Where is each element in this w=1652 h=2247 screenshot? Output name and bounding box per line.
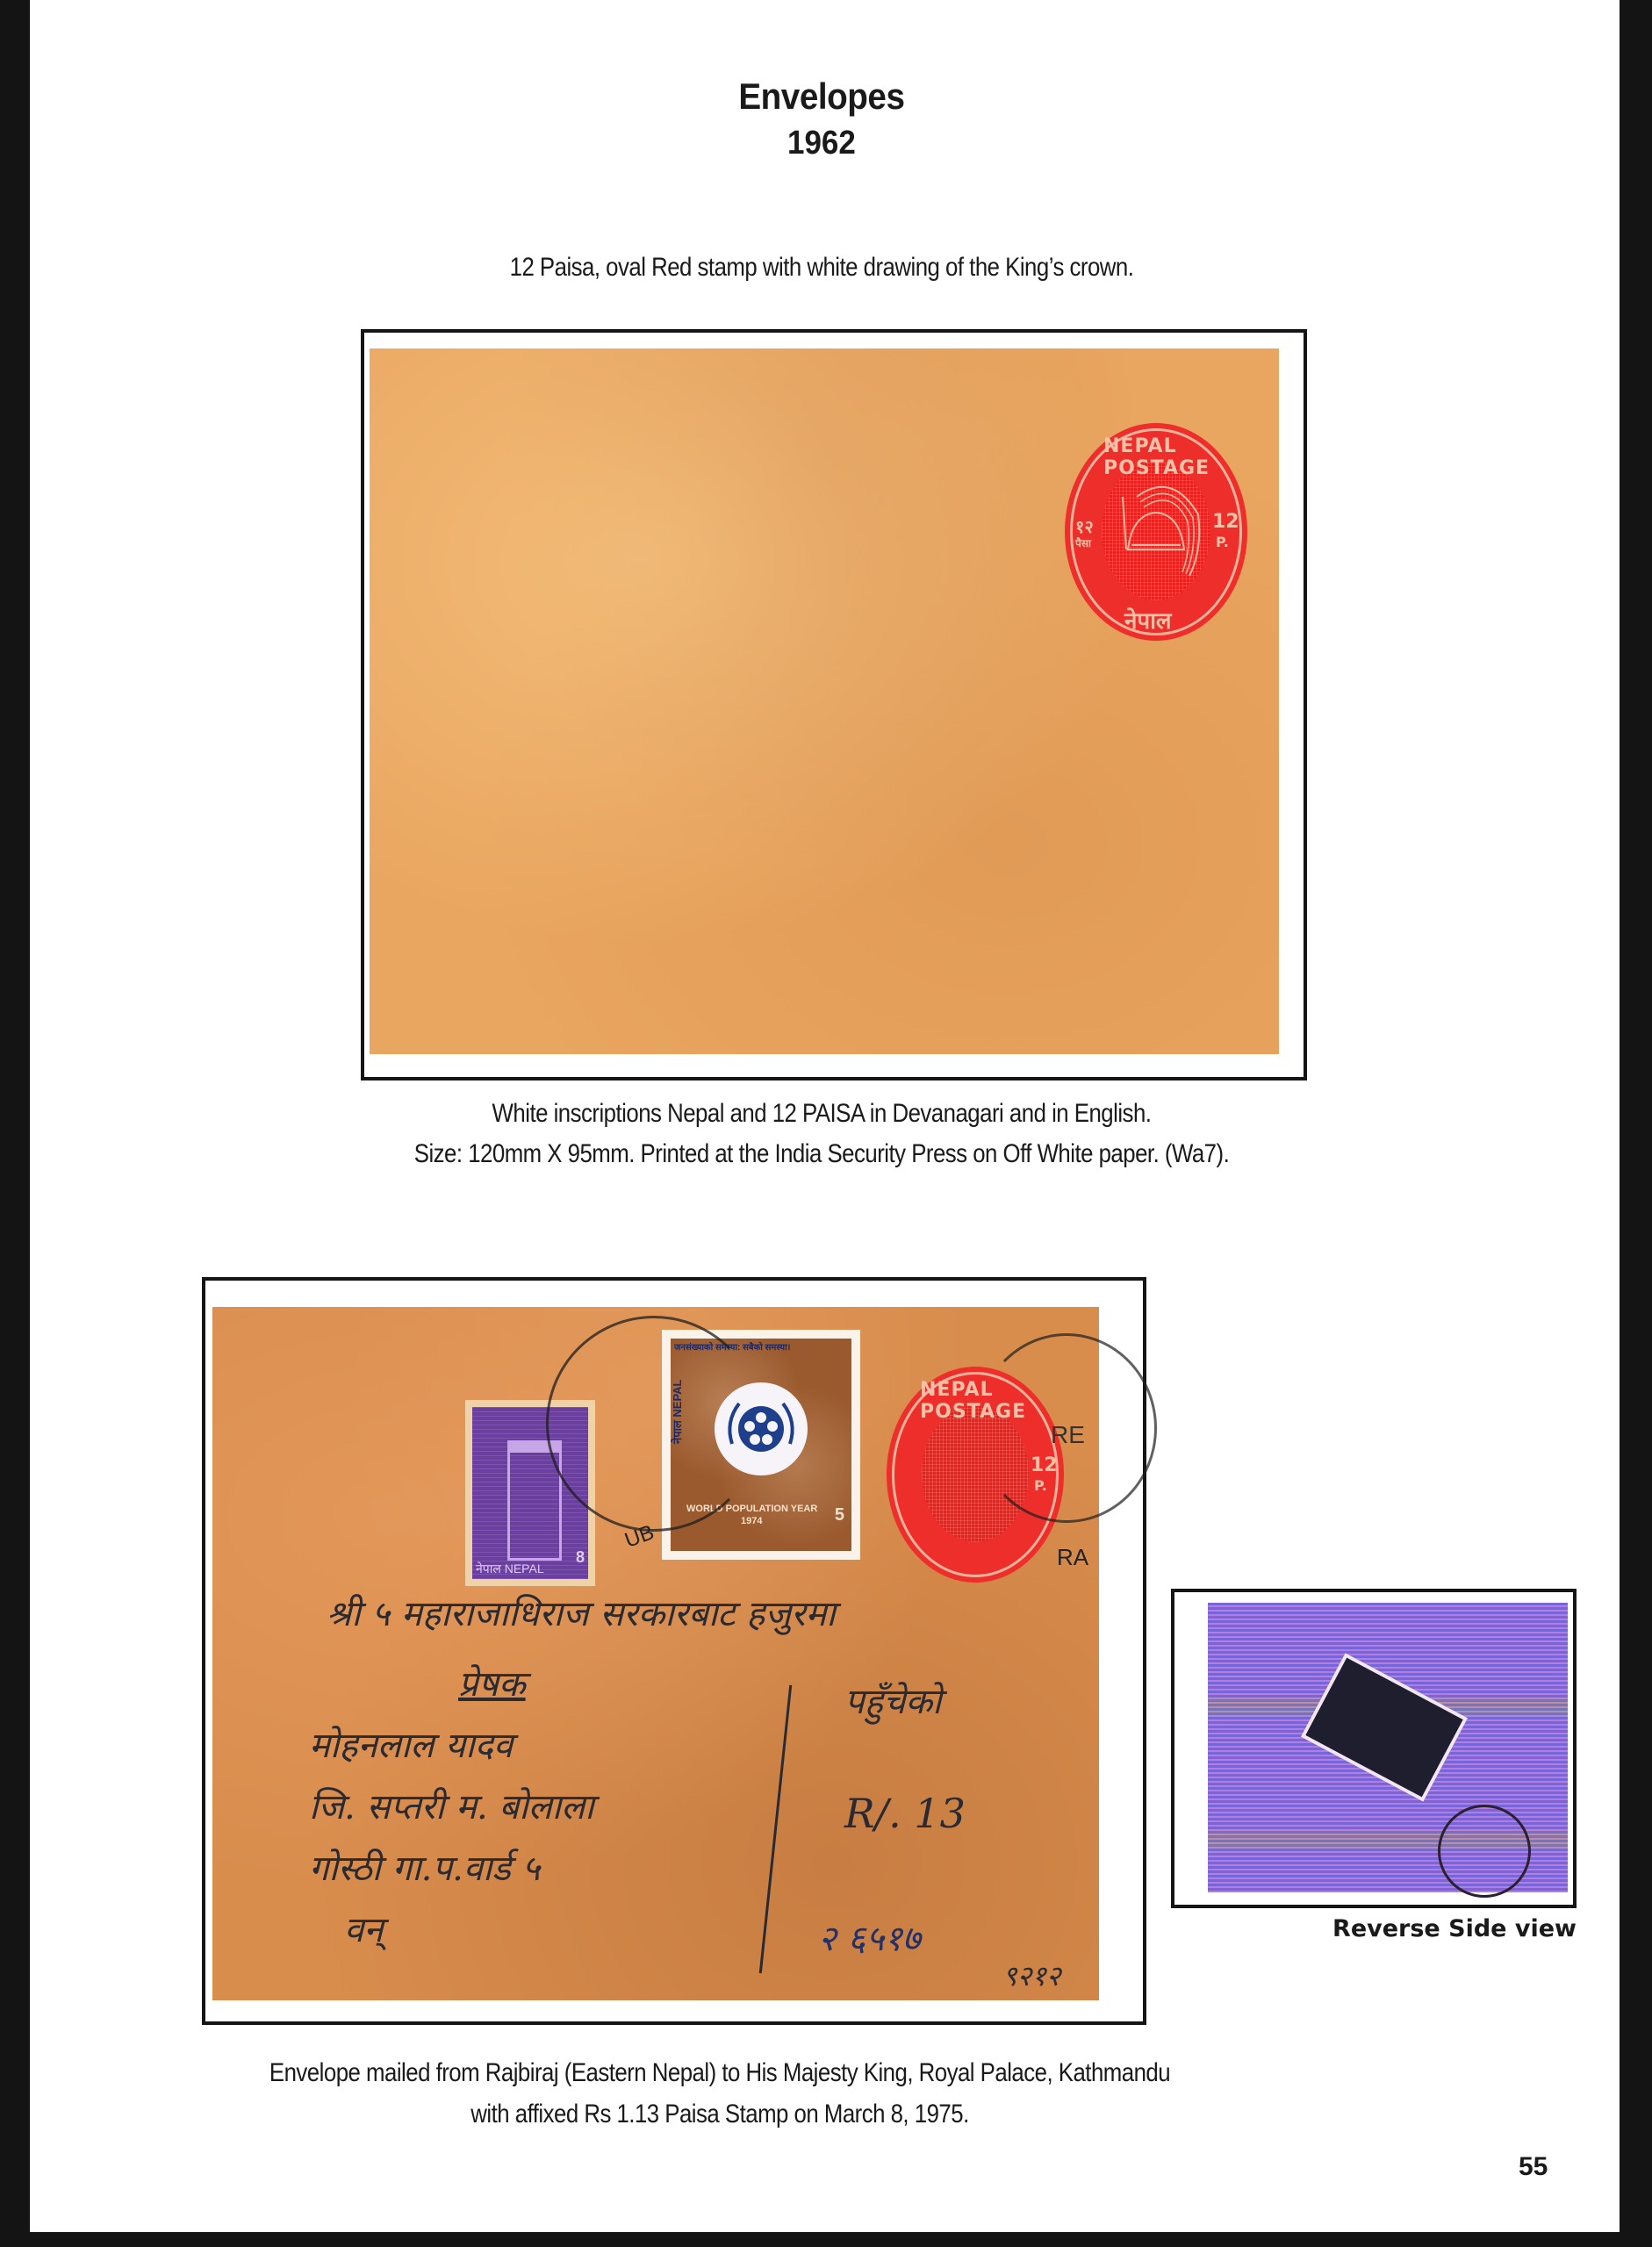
wpy-value: 5 [835, 1505, 844, 1526]
stamp-top-text: NEPAL POSTAGE [1103, 435, 1247, 479]
purple-stamp-country: नेपाल NEPAL [476, 1561, 544, 1577]
purple-stamp-value: 8 [576, 1548, 585, 1567]
page-year: 1962 [66, 125, 1577, 162]
reverse-stamp [1301, 1653, 1468, 1802]
crown-stamp: NEPAL POSTAGE १२ पैसा 12 P. नेपाल [1065, 423, 1247, 641]
item2-caption-line2: with affixed Rs 1.13 Paisa Stamp on Marc… [191, 2100, 1248, 2129]
note: पहुँचेको [844, 1676, 941, 1724]
postmark-text: RE [1051, 1421, 1085, 1449]
reverse-frame [1171, 1589, 1577, 1908]
address-line: वन् [344, 1904, 383, 1952]
page-title: Envelopes [66, 75, 1577, 118]
postmark-text: RA [1057, 1544, 1088, 1571]
divider-stroke [759, 1685, 792, 1974]
envelope2-frame: नेपाल NEPAL 8 जनसंख्याको समस्या: सबैको स… [202, 1277, 1146, 2025]
page-number: 55 [1519, 2152, 1548, 2182]
envelope1-front: NEPAL POSTAGE १२ पैसा 12 P. नेपाल [370, 348, 1279, 1054]
envelope2-front: नेपाल NEPAL 8 जनसंख्याको समस्या: सबैको स… [212, 1307, 1099, 2000]
postmark-circle [546, 1316, 762, 1532]
stamp-left-value: १२ [1075, 514, 1094, 538]
item1-description: 12 Paisa, oval Red stamp with white draw… [341, 253, 1302, 283]
sender-label: प्रेषक [458, 1658, 526, 1706]
reverse-label: Reverse Side view [1171, 1915, 1577, 1942]
stamp-bottom-text: नेपाल [1124, 604, 1172, 635]
crown-icon [1102, 462, 1210, 600]
item2-caption-line1: Envelope mailed from Rajbiraj (Eastern N… [191, 2058, 1248, 2088]
stamp-right-unit: P. [1216, 534, 1229, 550]
address-line: मोहनलाल यादव [309, 1719, 513, 1768]
note: २ ६५१७ [818, 1913, 921, 1961]
note: ९२१२ [1002, 1956, 1061, 1994]
address-line: श्री ५ महाराजाधिराज सरकारबाट हजुरमा [327, 1588, 836, 1636]
address-line: जि. सप्तरी म. बोलाला [309, 1781, 594, 1829]
stamp-left-unit: पैसा [1075, 535, 1091, 550]
wpy-year: 1974 [741, 1516, 762, 1526]
envelope1-frame: NEPAL POSTAGE १२ पैसा 12 P. नेपाल [361, 329, 1307, 1080]
envelope-reverse [1208, 1603, 1568, 1892]
address-line: गोस्ठी गा.प.वार्ड ५ [309, 1842, 540, 1891]
stamp-right-value: 12 [1212, 511, 1239, 533]
item1-caption-line2: Size: 120mm X 95mm. Printed at the India… [312, 1139, 1332, 1169]
note: R/. 13 [844, 1790, 966, 1837]
reverse-postmark [1438, 1805, 1531, 1898]
item1-caption-line1: White inscriptions Nepal and 12 PAISA in… [341, 1099, 1302, 1129]
